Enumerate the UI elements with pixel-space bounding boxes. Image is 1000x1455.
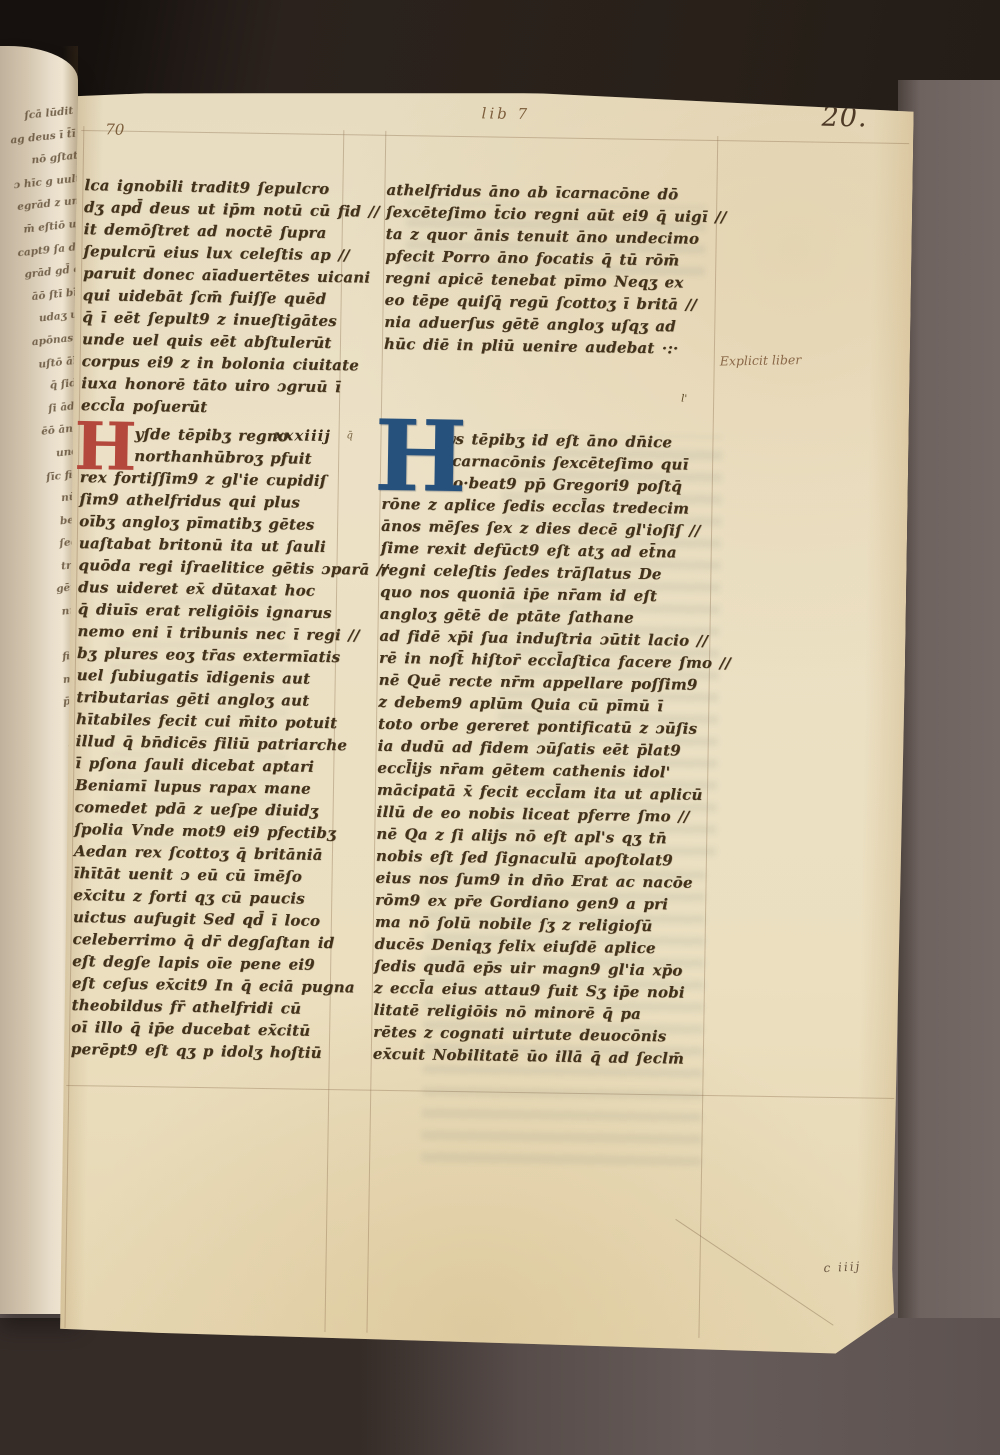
right-paragraph-2: H ys tēpibʒ id eſt āno dn̄iceīcarnacōnis… bbox=[373, 427, 717, 1070]
illuminated-initial: H bbox=[374, 413, 468, 502]
manuscript-photograph: ſcā lūditag deus ī t̄īnō gſtatɔ hīc g uu… bbox=[0, 0, 1000, 1455]
left-paragraph-2: H yſde tēpibʒ regnonorthanhūbroʒ pfuitre… bbox=[71, 422, 353, 1064]
left-paragraph-1: lca ignobili tradit9 ſepulcrodʒ apd̄ deu… bbox=[81, 174, 357, 420]
manuscript-page: 70 lib 7 20. lca ignobili tradit9 ſepulc… bbox=[58, 86, 914, 1357]
backdrop-right bbox=[898, 80, 1000, 1370]
right-text-column: athelfridus āno ab īcarnacōne dōſexcēteſ… bbox=[384, 179, 721, 360]
rubricated-initial: H bbox=[74, 414, 137, 479]
correction-mark: l' bbox=[681, 394, 687, 405]
manuscript-text-line: hūc diē in pliū uenire audebat ·:· bbox=[384, 333, 718, 360]
header-page-number: 70 bbox=[105, 120, 124, 138]
margin-guide-mark: q̄ bbox=[346, 430, 353, 441]
left-text-column: lca ignobili tradit9 ſepulcrodʒ apd̄ deu… bbox=[81, 174, 357, 420]
explicit-margin-note: Explicit liber bbox=[720, 352, 802, 369]
chapter-number-margin: xxxiiij bbox=[274, 426, 331, 445]
header-book-title: lib 7 bbox=[481, 104, 530, 123]
quire-signature: c iiij bbox=[823, 1259, 861, 1275]
left-paragraph-2-lines: yſde tēpibʒ regnonorthanhūbroʒ pfuitrex … bbox=[71, 422, 353, 1064]
manuscript-text-line: perēpt9 eſt qʒ p idolʒ hoſtiū bbox=[71, 1038, 343, 1064]
right-paragraph-2-lines: ys tēpibʒ id eſt āno dn̄iceīcarnacōnis ſ… bbox=[373, 427, 717, 1070]
right-paragraph-1: athelfridus āno ab īcarnacōne dōſexcēteſ… bbox=[384, 179, 721, 360]
ruling-line-horizontal bbox=[81, 130, 909, 144]
